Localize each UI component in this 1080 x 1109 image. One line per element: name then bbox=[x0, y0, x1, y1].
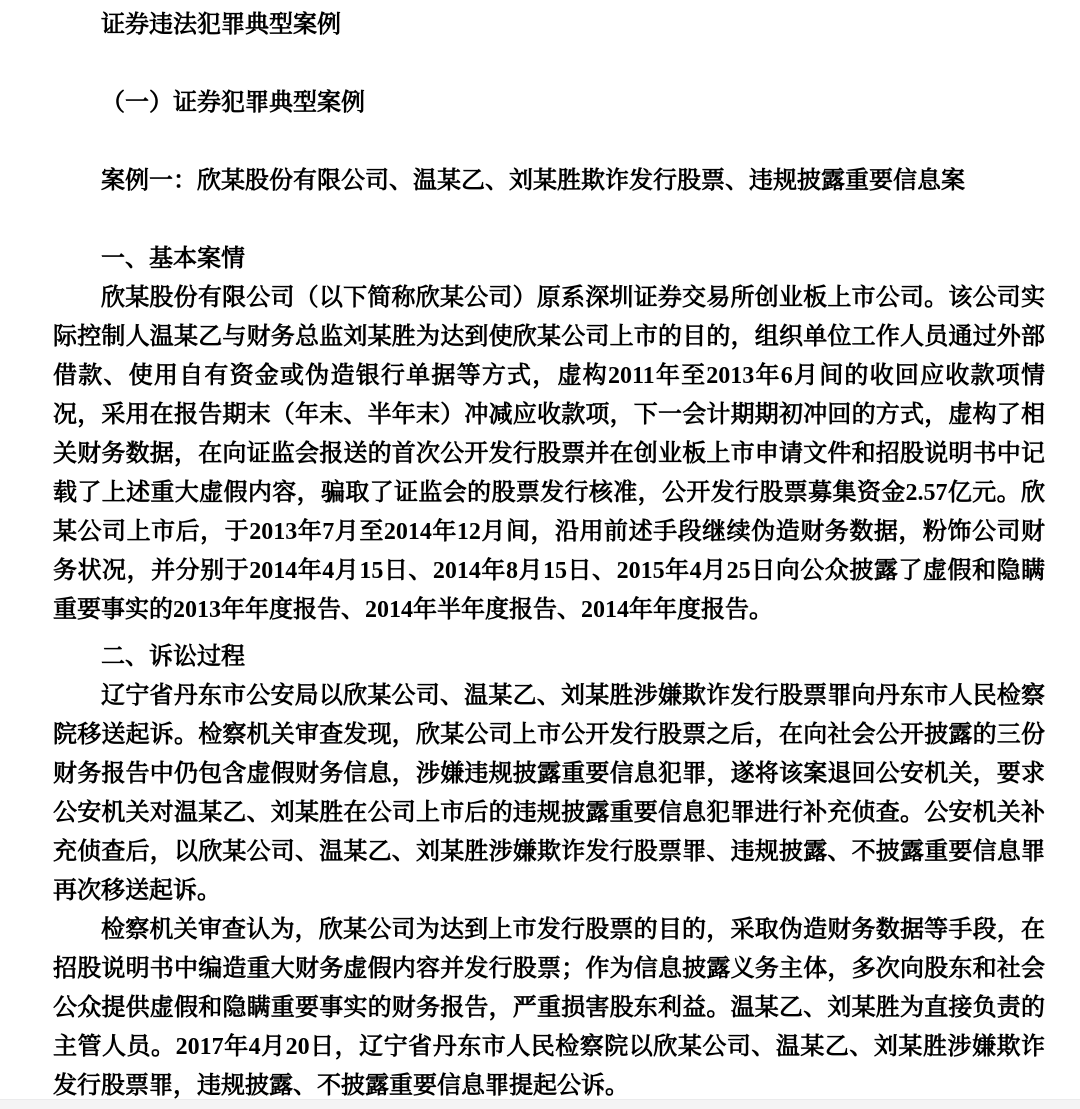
paragraph: 检察机关审查认为，欣某公司为达到上市发行股票的目的，采取伪造财务数据等手段，在招… bbox=[53, 911, 1045, 1106]
text-line: 院移送起诉。检察机关审查发现，欣某公司上市公开发行股票之后，在向社会公开披露的三… bbox=[53, 716, 1045, 755]
text-line: 借款、使用自有资金或伪造银行单据等方式，虚构2011年至2013年6月间的收回应… bbox=[53, 357, 1045, 396]
case-heading: 案例一：欣某股份有限公司、温某乙、刘某胜欺诈发行股票、违规披露重要信息案 bbox=[53, 162, 1045, 201]
paragraph: 欣某股份有限公司（以下简称欣某公司）原系深圳证券交易所创业板上市公司。该公司实际… bbox=[53, 279, 1045, 630]
litigation-process-heading: 二、诉讼过程 bbox=[53, 638, 1045, 677]
text-line: 某公司上市后，于2013年7月至2014年12月间，沿用前述手段继续伪造财务数据… bbox=[53, 513, 1045, 552]
category-heading: （一）证券犯罪典型案例 bbox=[53, 84, 1045, 123]
text-line: 务状况，并分别于2014年4月15日、2014年8月15日、2015年4月25日… bbox=[53, 552, 1045, 591]
section-litigation-process: 二、诉讼过程 辽宁省丹东市公安局以欣某公司、温某乙、刘某胜涉嫌欺诈发行股票罪向丹… bbox=[53, 638, 1045, 1106]
text-line: 财务报告中仍包含虚假财务信息，涉嫌违规披露重要信息犯罪，遂将该案退回公安机关，要… bbox=[53, 755, 1045, 794]
doc-title: 证券违法犯罪典型案例 bbox=[53, 6, 1045, 45]
text-line: 辽宁省丹东市公安局以欣某公司、温某乙、刘某胜涉嫌欺诈发行股票罪向丹东市人民检察 bbox=[53, 677, 1045, 716]
text-line: 重要事实的2013年年度报告、2014年半年度报告、2014年年度报告。 bbox=[53, 591, 1045, 630]
document-page: 证券违法犯罪典型案例 （一）证券犯罪典型案例 案例一：欣某股份有限公司、温某乙、… bbox=[0, 0, 1080, 1109]
text-line: 公众提供虚假和隐瞒重要事实的财务报告，严重损害股东利益。温某乙、刘某胜为直接负责… bbox=[53, 989, 1045, 1028]
text-line: 主管人员。2017年4月20日，辽宁省丹东市人民检察院以欣某公司、温某乙、刘某胜… bbox=[53, 1028, 1045, 1067]
text-line: 公安机关对温某乙、刘某胜在公司上市后的违规披露重要信息犯罪进行补充侦查。公安机关… bbox=[53, 794, 1045, 833]
text-line: 载了上述重大虚假内容，骗取了证监会的股票发行核准，公开发行股票募集资金2.57亿… bbox=[53, 474, 1045, 513]
text-line: 际控制人温某乙与财务总监刘某胜为达到使欣某公司上市的目的，组织单位工作人员通过外… bbox=[53, 318, 1045, 357]
text-line: 关财务数据，在向证监会报送的首次公开发行股票并在创业板上市申请文件和招股说明书中… bbox=[53, 435, 1045, 474]
text-line: 招股说明书中编造重大财务虚假内容并发行股票；作为信息披露义务主体，多次向股东和社… bbox=[53, 950, 1045, 989]
basic-facts-heading: 一、基本案情 bbox=[53, 240, 1045, 279]
text-line: 再次移送起诉。 bbox=[53, 872, 1045, 911]
page-bottom-edge bbox=[0, 1099, 1080, 1109]
text-line: 欣某股份有限公司（以下简称欣某公司）原系深圳证券交易所创业板上市公司。该公司实 bbox=[53, 279, 1045, 318]
text-line: 况，采用在报告期末（年末、半年末）冲减应收款项，下一会计期期初冲回的方式，虚构了… bbox=[53, 396, 1045, 435]
text-line: 充侦查后，以欣某公司、温某乙、刘某胜涉嫌欺诈发行股票罪、违规披露、不披露重要信息… bbox=[53, 833, 1045, 872]
text-line: 检察机关审查认为，欣某公司为达到上市发行股票的目的，采取伪造财务数据等手段，在 bbox=[53, 911, 1045, 950]
paragraph: 辽宁省丹东市公安局以欣某公司、温某乙、刘某胜涉嫌欺诈发行股票罪向丹东市人民检察院… bbox=[53, 677, 1045, 911]
section-basic-facts: 一、基本案情 欣某股份有限公司（以下简称欣某公司）原系深圳证券交易所创业板上市公… bbox=[53, 240, 1045, 630]
